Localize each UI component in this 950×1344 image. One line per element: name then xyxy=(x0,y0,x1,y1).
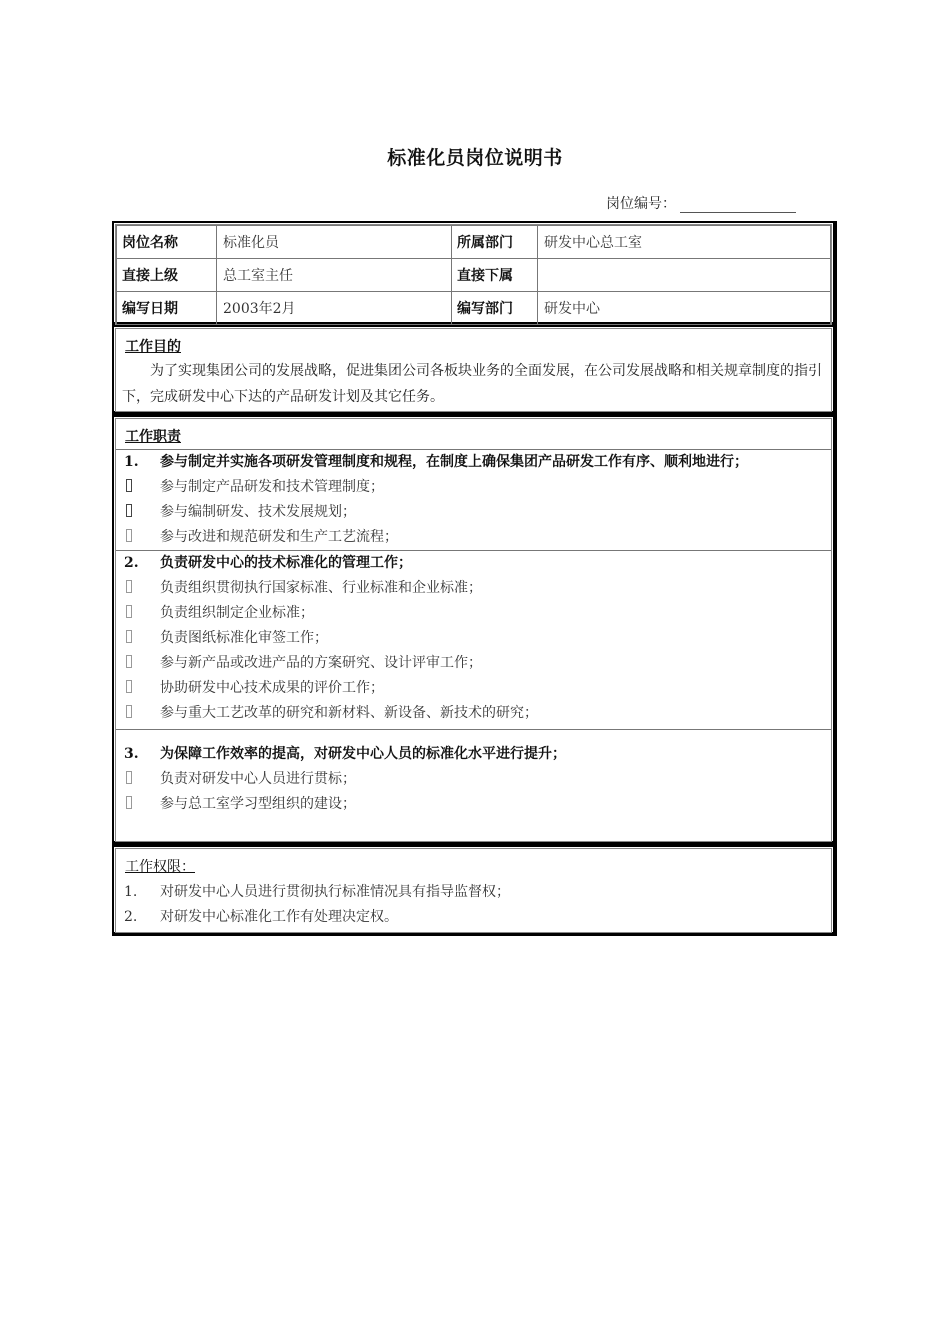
label-post-name: 岗位名称 xyxy=(117,226,217,259)
work-purpose-section: 工作目的 为了实现集团公司的发展战略，促进集团公司各板块业务的全面发展，在公司发… xyxy=(112,325,837,415)
table-row: 岗位名称 标准化员 所属部门 研发中心总工室 xyxy=(117,226,831,259)
value-write-department: 研发中心 xyxy=(538,292,831,325)
duty-group-1: 1.参与制定并实施各项研发管理制度和规程，在制度上确保集团产品研发工作有序、顺利… xyxy=(116,449,831,550)
post-number-label: 岗位编号： xyxy=(606,196,676,212)
label-write-date: 编写日期 xyxy=(117,292,217,325)
label-direct-superior: 直接上级 xyxy=(117,259,217,292)
bullet-icon xyxy=(126,680,132,693)
list-item: 1.对研发中心人员进行贯彻执行标准情况具有指导监督权； xyxy=(116,880,831,905)
work-purpose-heading: 工作目的 xyxy=(116,329,831,358)
bullet-icon xyxy=(126,605,132,618)
value-direct-superior: 总工室主任 xyxy=(217,259,452,292)
bullet-icon xyxy=(126,771,132,784)
list-item: 负责组织制定企业标准； xyxy=(116,601,831,626)
list-item: 协助研发中心技术成果的评价工作； xyxy=(116,676,831,701)
duty-group-2: 2.负责研发中心的技术标准化的管理工作； 负责组织贯彻执行国家标准、行业标准和企… xyxy=(116,550,831,729)
value-post-name: 标准化员 xyxy=(217,226,452,259)
post-number-field: 岗位编号： xyxy=(606,193,796,213)
list-item: 负责图纸标准化审签工作； xyxy=(116,626,831,651)
list-item: 参与新产品或改进产品的方案研究、设计评审工作； xyxy=(116,651,831,676)
bullet-icon xyxy=(126,796,132,809)
list-item: 参与重大工艺改革的研究和新材料、新设备、新技术的研究； xyxy=(116,701,831,729)
label-write-department: 编写部门 xyxy=(452,292,538,325)
list-item: 参与制定产品研发和技术管理制度； xyxy=(116,475,831,500)
document-title: 标准化员岗位说明书 xyxy=(0,143,950,170)
work-rights-section: 工作权限： 1.对研发中心人员进行贯彻执行标准情况具有指导监督权； 2.对研发中… xyxy=(112,845,837,936)
value-department: 研发中心总工室 xyxy=(538,226,831,259)
list-item: 参与改进和规范研发和生产工艺流程； xyxy=(116,525,831,550)
bullet-icon xyxy=(126,479,132,492)
value-direct-subordinate xyxy=(538,259,831,292)
list-item: 参与总工室学习型组织的建设； xyxy=(116,792,831,817)
bullet-icon xyxy=(126,630,132,643)
bullet-icon xyxy=(126,705,132,718)
basic-info-table: 岗位名称 标准化员 所属部门 研发中心总工室 直接上级 总工室主任 直接下属 编… xyxy=(112,221,837,326)
label-department: 所属部门 xyxy=(452,226,538,259)
duty-group-title: 3.为保障工作效率的提高，对研发中心人员的标准化水平进行提升； xyxy=(116,742,831,767)
work-duties-heading: 工作职责 xyxy=(116,419,831,449)
bullet-icon xyxy=(126,655,132,668)
list-item: 负责组织贯彻执行国家标准、行业标准和企业标准； xyxy=(116,576,831,601)
work-purpose-text: 为了实现集团公司的发展战略，促进集团公司各板块业务的全面发展，在公司发展战略和相… xyxy=(116,358,831,412)
duty-group-title: 2.负责研发中心的技术标准化的管理工作； xyxy=(116,551,831,576)
table-row: 编写日期 2003年2月 编写部门 研发中心 xyxy=(117,292,831,325)
bullet-icon xyxy=(126,529,132,542)
post-number-blank xyxy=(680,198,796,213)
duty-group-3: 3.为保障工作效率的提高，对研发中心人员的标准化水平进行提升； 负责对研发中心人… xyxy=(116,729,831,817)
bullet-icon xyxy=(126,504,132,517)
table-row: 直接上级 总工室主任 直接下属 xyxy=(117,259,831,292)
list-item: 2.对研发中心标准化工作有处理决定权。 xyxy=(116,905,831,930)
work-duties-section: 工作职责 1.参与制定并实施各项研发管理制度和规程，在制度上确保集团产品研发工作… xyxy=(112,415,837,845)
list-item: 负责对研发中心人员进行贯标； xyxy=(116,767,831,792)
duty-group-title: 1.参与制定并实施各项研发管理制度和规程，在制度上确保集团产品研发工作有序、顺利… xyxy=(116,450,831,475)
work-rights-heading: 工作权限： xyxy=(116,849,831,880)
value-write-date: 2003年2月 xyxy=(217,292,452,325)
list-item: 参与编制研发、技术发展规划； xyxy=(116,500,831,525)
bullet-icon xyxy=(126,580,132,593)
label-direct-subordinate: 直接下属 xyxy=(452,259,538,292)
